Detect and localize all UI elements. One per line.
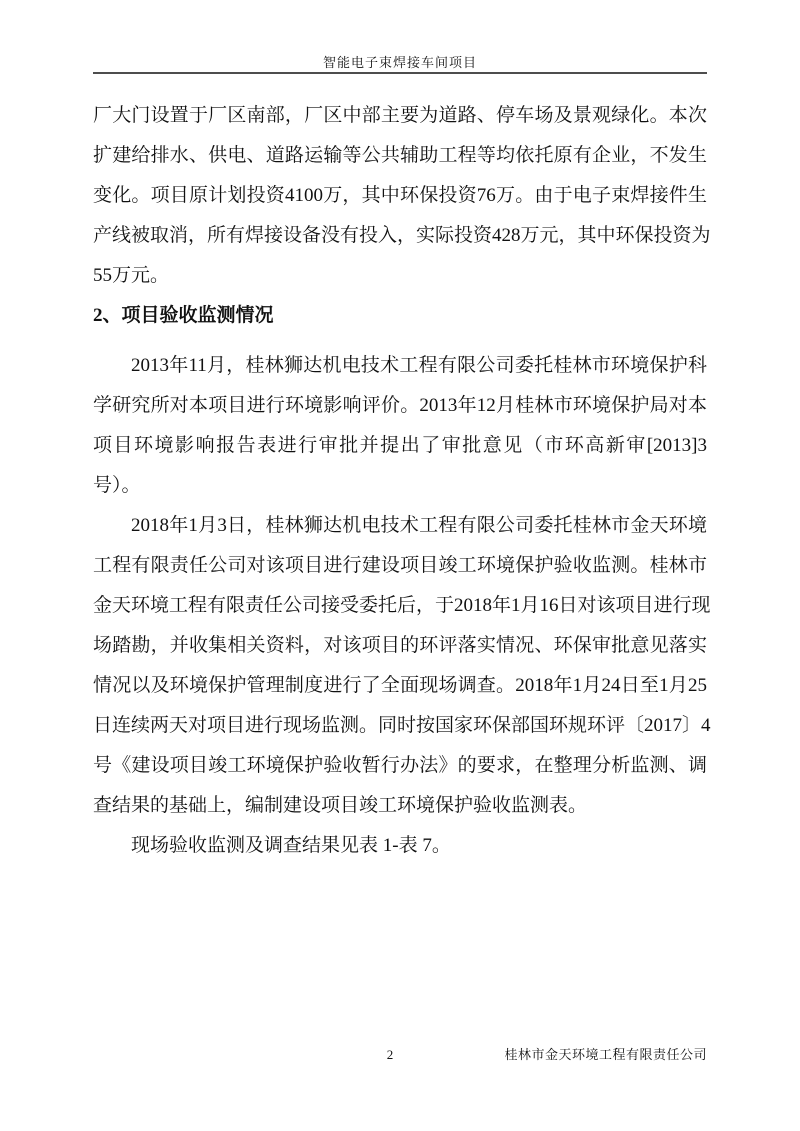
text-line: 工程有限责任公司对该项目进行建设项目竣工环境保护验收监测。桂林市 <box>93 546 707 586</box>
paragraph: 厂大门设置于厂区南部，厂区中部主要为道路、停车场及景观绿化。本次扩建给排水、供电… <box>93 96 707 296</box>
text-line: 查结果的基础上，编制建设项目竣工环境保护验收监测表。 <box>93 786 707 826</box>
paragraph: 2018年1月3日，桂林狮达机电技术工程有限公司委托桂林市金天环境工程有限责任公… <box>93 506 707 826</box>
text-line: 厂大门设置于厂区南部，厂区中部主要为道路、停车场及景观绿化。本次 <box>93 96 707 136</box>
text-line: 日连续两天对项目进行现场监测。同时按国家环保部国环规环评〔2017〕4 <box>93 706 707 746</box>
page-footer: 2 桂林市金天环境工程有限责任公司 <box>93 1044 707 1066</box>
section-heading: 2、项目验收监测情况 <box>93 296 707 336</box>
text-line: 金天环境工程有限责任公司接受委托后，于2018年1月16日对该项目进行现 <box>93 586 707 626</box>
text-line: 现场验收监测及调查结果见表 1-表 7。 <box>93 826 707 866</box>
header-title: 智能电子束焊接车间项目 <box>323 55 477 70</box>
text-line: 2013年11月，桂林狮达机电技术工程有限公司委托桂林市环境保护科 <box>93 346 707 386</box>
document-page: 智能电子束焊接车间项目 厂大门设置于厂区南部，厂区中部主要为道路、停车场及景观绿… <box>0 0 800 1131</box>
text-line: 场踏勘，并收集相关资料，对该项目的环评落实情况、环保审批意见落实 <box>93 626 707 666</box>
footer-company: 桂林市金天环境工程有限责任公司 <box>504 1044 707 1066</box>
text-line: 产线被取消，所有焊接设备没有投入，实际投资428万元，其中环保投资为 <box>93 216 707 256</box>
text-line: 学研究所对本项目进行环境影响评价。2013年12月桂林市环境保护局对本 <box>93 386 707 426</box>
document-body: 厂大门设置于厂区南部，厂区中部主要为道路、停车场及景观绿化。本次扩建给排水、供电… <box>93 75 707 866</box>
text-line: 号《建设项目竣工环境保护验收暂行办法》的要求，在整理分析监测、调 <box>93 746 707 786</box>
text-line: 2018年1月3日，桂林狮达机电技术工程有限公司委托桂林市金天环境 <box>93 506 707 546</box>
paragraph: 现场验收监测及调查结果见表 1-表 7。 <box>93 826 707 866</box>
text-line: 扩建给排水、供电、道路运输等公共辅助工程等均依托原有企业，不发生 <box>93 136 707 176</box>
text-line: 情况以及环境保护管理制度进行了全面现场调查。2018年1月24日至1月25 <box>93 666 707 706</box>
page-header: 智能电子束焊接车间项目 <box>93 0 707 74</box>
text-line: 55万元。 <box>93 256 707 296</box>
text-line: 项目环境影响报告表进行审批并提出了审批意见（市环高新审[2013]3号）。 <box>93 426 707 506</box>
text-line: 变化。项目原计划投资4100万，其中环保投资76万。由于电子束焊接件生 <box>93 176 707 216</box>
paragraph: 2013年11月，桂林狮达机电技术工程有限公司委托桂林市环境保护科学研究所对本项… <box>93 346 707 506</box>
